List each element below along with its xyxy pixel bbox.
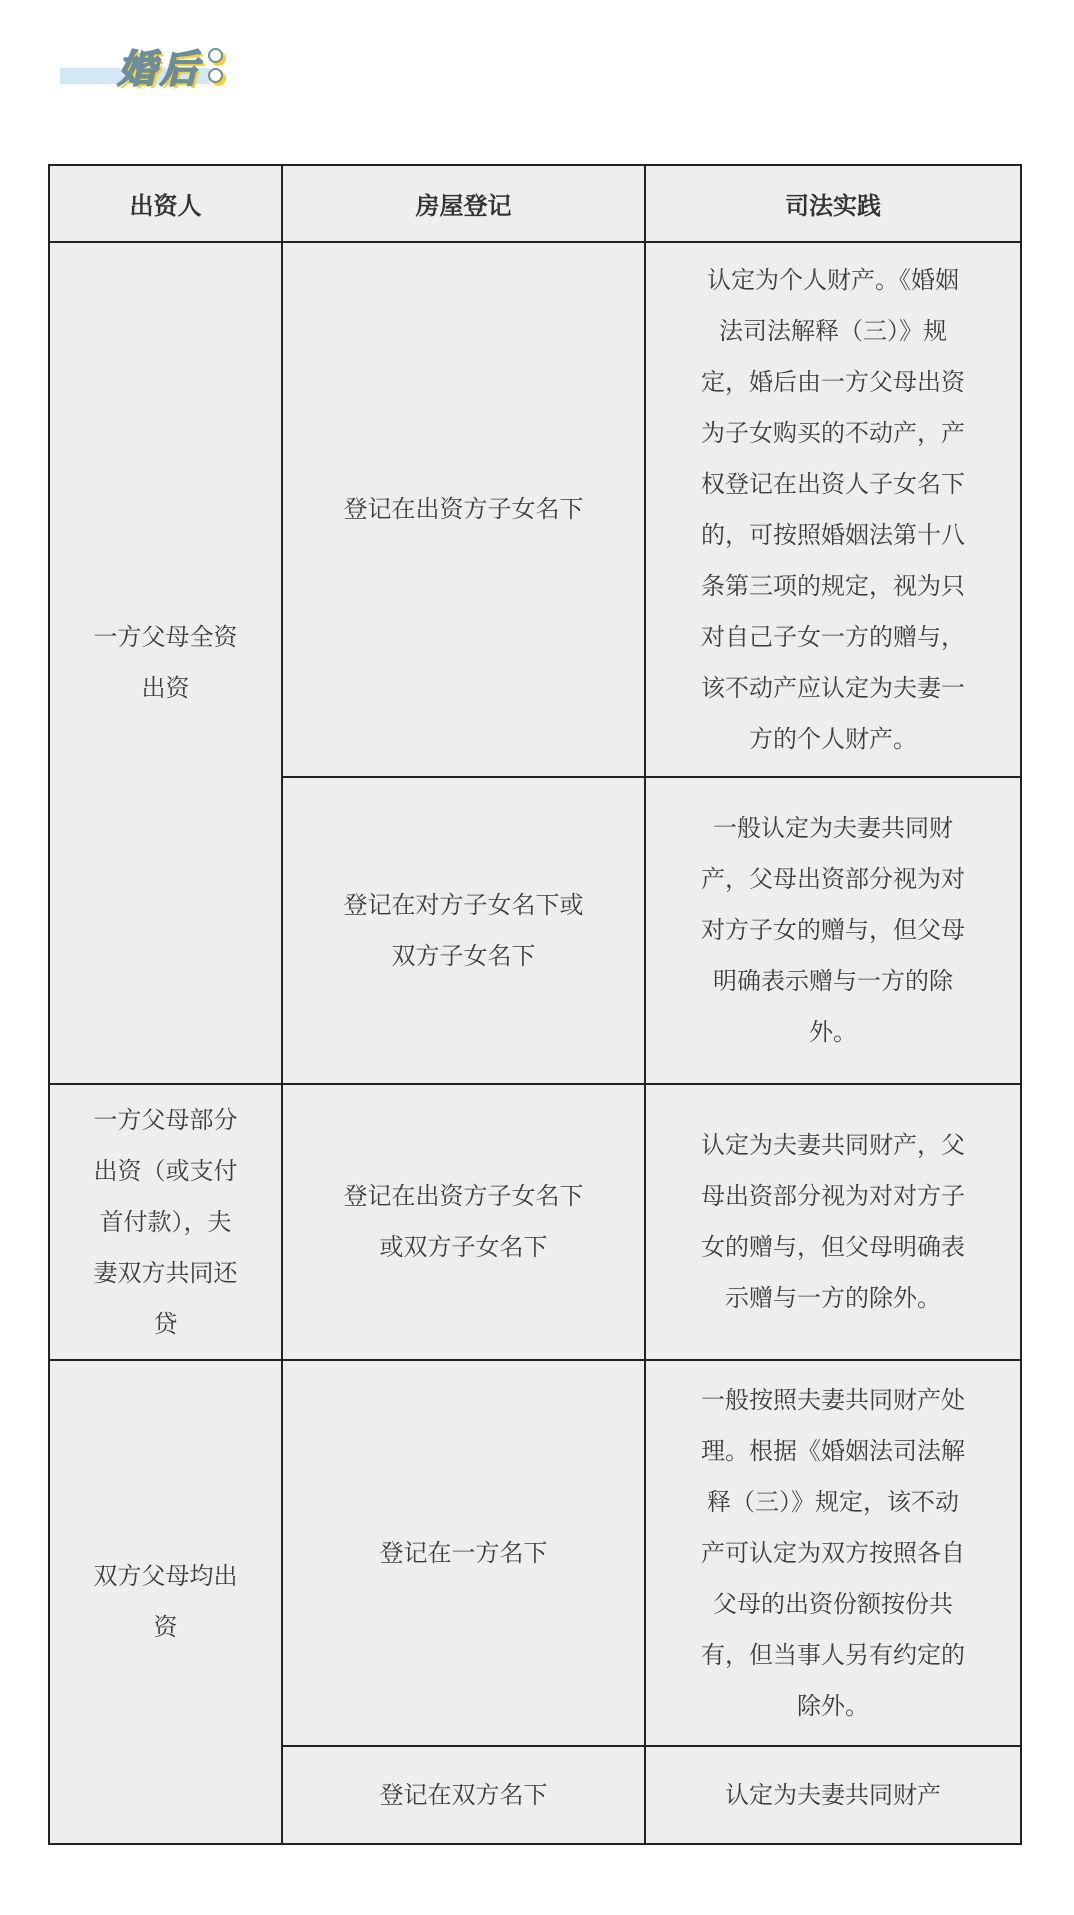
text-line: 资 [94, 1602, 238, 1653]
registration-cell: 登记在对方子女名下或 双方子女名下 [283, 778, 644, 1083]
text-line: 条第三项的规定，视为只 [701, 561, 965, 612]
text-line: 对自己子女一方的赠与， [701, 612, 965, 663]
colon-dot-bottom [208, 68, 223, 83]
text-line: 理。根据《婚姻法司法解 [701, 1426, 965, 1477]
text-line: 对方子女的赠与，但父母 [701, 905, 965, 956]
text-line: 外。 [701, 1007, 965, 1058]
text-line: 出资（或支付 [94, 1146, 238, 1197]
text-line: 方的个人财产。 [701, 714, 965, 765]
row-divider [281, 1745, 1020, 1747]
text-line: 父母的出资份额按份共 [701, 1579, 965, 1630]
text-line: 认定为夫妻共同财产，父 [701, 1120, 965, 1171]
section-title-text: 婚后 [118, 38, 202, 93]
header-funder: 出资人 [50, 166, 281, 241]
text-line: 一般按照夫妻共同财产处 [701, 1375, 965, 1426]
colon-dot-top [208, 48, 223, 63]
text-line: 登记在一方名下 [380, 1528, 548, 1579]
registration-cell: 登记在出资方子女名下 [283, 243, 644, 776]
text-line: 为子女购买的不动产，产 [701, 408, 965, 459]
text-line: 一方父母全资 [94, 612, 238, 663]
property-funding-table: 出资人 房屋登记 司法实践 一方父母全资 出资 登记在出资方子女名下 认定为个人… [48, 164, 1022, 1845]
text-line: 明确表示赠与一方的除 [701, 956, 965, 1007]
column-divider [644, 166, 646, 1843]
funder-cell-full-one-side: 一方父母全资 出资 [50, 243, 281, 1083]
text-line: 双方子女名下 [344, 931, 584, 982]
text-line: 的，可按照婚姻法第十八 [701, 510, 965, 561]
registration-cell: 登记在双方名下 [283, 1747, 644, 1843]
registration-cell: 登记在一方名下 [283, 1361, 644, 1745]
row-divider [50, 241, 1020, 243]
practice-cell: 一般认定为夫妻共同财 产，父母出资部分视为对 对方子女的赠与，但父母 明确表示赠… [646, 778, 1020, 1083]
text-line: 法司法解释（三）》规 [701, 306, 965, 357]
header-registration: 房屋登记 [283, 166, 644, 241]
text-line: 或双方子女名下 [344, 1222, 584, 1273]
text-line: 定，婚后由一方父母出资 [701, 357, 965, 408]
column-divider [281, 166, 283, 1843]
colon-icon [208, 44, 228, 84]
practice-cell: 认定为夫妻共同财产 [646, 1747, 1020, 1843]
text-line: 一方父母部分 [94, 1095, 238, 1146]
text-line: 出资 [94, 663, 238, 714]
text-line: 登记在出资方子女名下 [344, 484, 584, 535]
text-line: 登记在双方名下 [380, 1770, 548, 1821]
text-line: 示赠与一方的除外。 [701, 1273, 965, 1324]
funder-cell-both-sides: 双方父母均出 资 [50, 1361, 281, 1843]
row-divider [50, 1083, 1020, 1085]
text-line: 贷 [94, 1299, 238, 1350]
funder-cell-partial-one-side: 一方父母部分 出资（或支付 首付款），夫 妻双方共同还 贷 [50, 1085, 281, 1359]
text-line: 权登记在出资人子女名下 [701, 459, 965, 510]
text-line: 认定为夫妻共同财产 [725, 1770, 941, 1821]
practice-cell: 认定为夫妻共同财产，父 母出资部分视为对对方子 女的赠与，但父母明确表 示赠与一… [646, 1085, 1020, 1359]
text-line: 有，但当事人另有约定的 [701, 1630, 965, 1681]
text-line: 产可认定为双方按照各自 [701, 1528, 965, 1579]
text-line: 母出资部分视为对对方子 [701, 1171, 965, 1222]
row-divider [281, 776, 1020, 778]
text-line: 首付款），夫 [94, 1197, 238, 1248]
registration-cell: 登记在出资方子女名下 或双方子女名下 [283, 1085, 644, 1359]
text-line: 女的赠与，但父母明确表 [701, 1222, 965, 1273]
text-line: 除外。 [701, 1681, 965, 1732]
text-line: 妻双方共同还 [94, 1248, 238, 1299]
practice-cell: 一般按照夫妻共同财产处 理。根据《婚姻法司法解 释（三）》规定，该不动 产可认定… [646, 1361, 1020, 1745]
header-practice: 司法实践 [646, 166, 1020, 241]
text-line: 双方父母均出 [94, 1551, 238, 1602]
section-title: 婚后 [58, 34, 238, 94]
text-line: 一般认定为夫妻共同财 [701, 803, 965, 854]
text-line: 该不动产应认定为夫妻一 [701, 663, 965, 714]
text-line: 认定为个人财产。《婚姻 [701, 255, 965, 306]
text-line: 释（三）》规定，该不动 [701, 1477, 965, 1528]
text-line: 登记在对方子女名下或 [344, 880, 584, 931]
text-line: 产，父母出资部分视为对 [701, 854, 965, 905]
practice-cell: 认定为个人财产。《婚姻 法司法解释（三）》规 定，婚后由一方父母出资 为子女购买… [646, 243, 1020, 776]
row-divider [50, 1359, 1020, 1361]
text-line: 登记在出资方子女名下 [344, 1171, 584, 1222]
